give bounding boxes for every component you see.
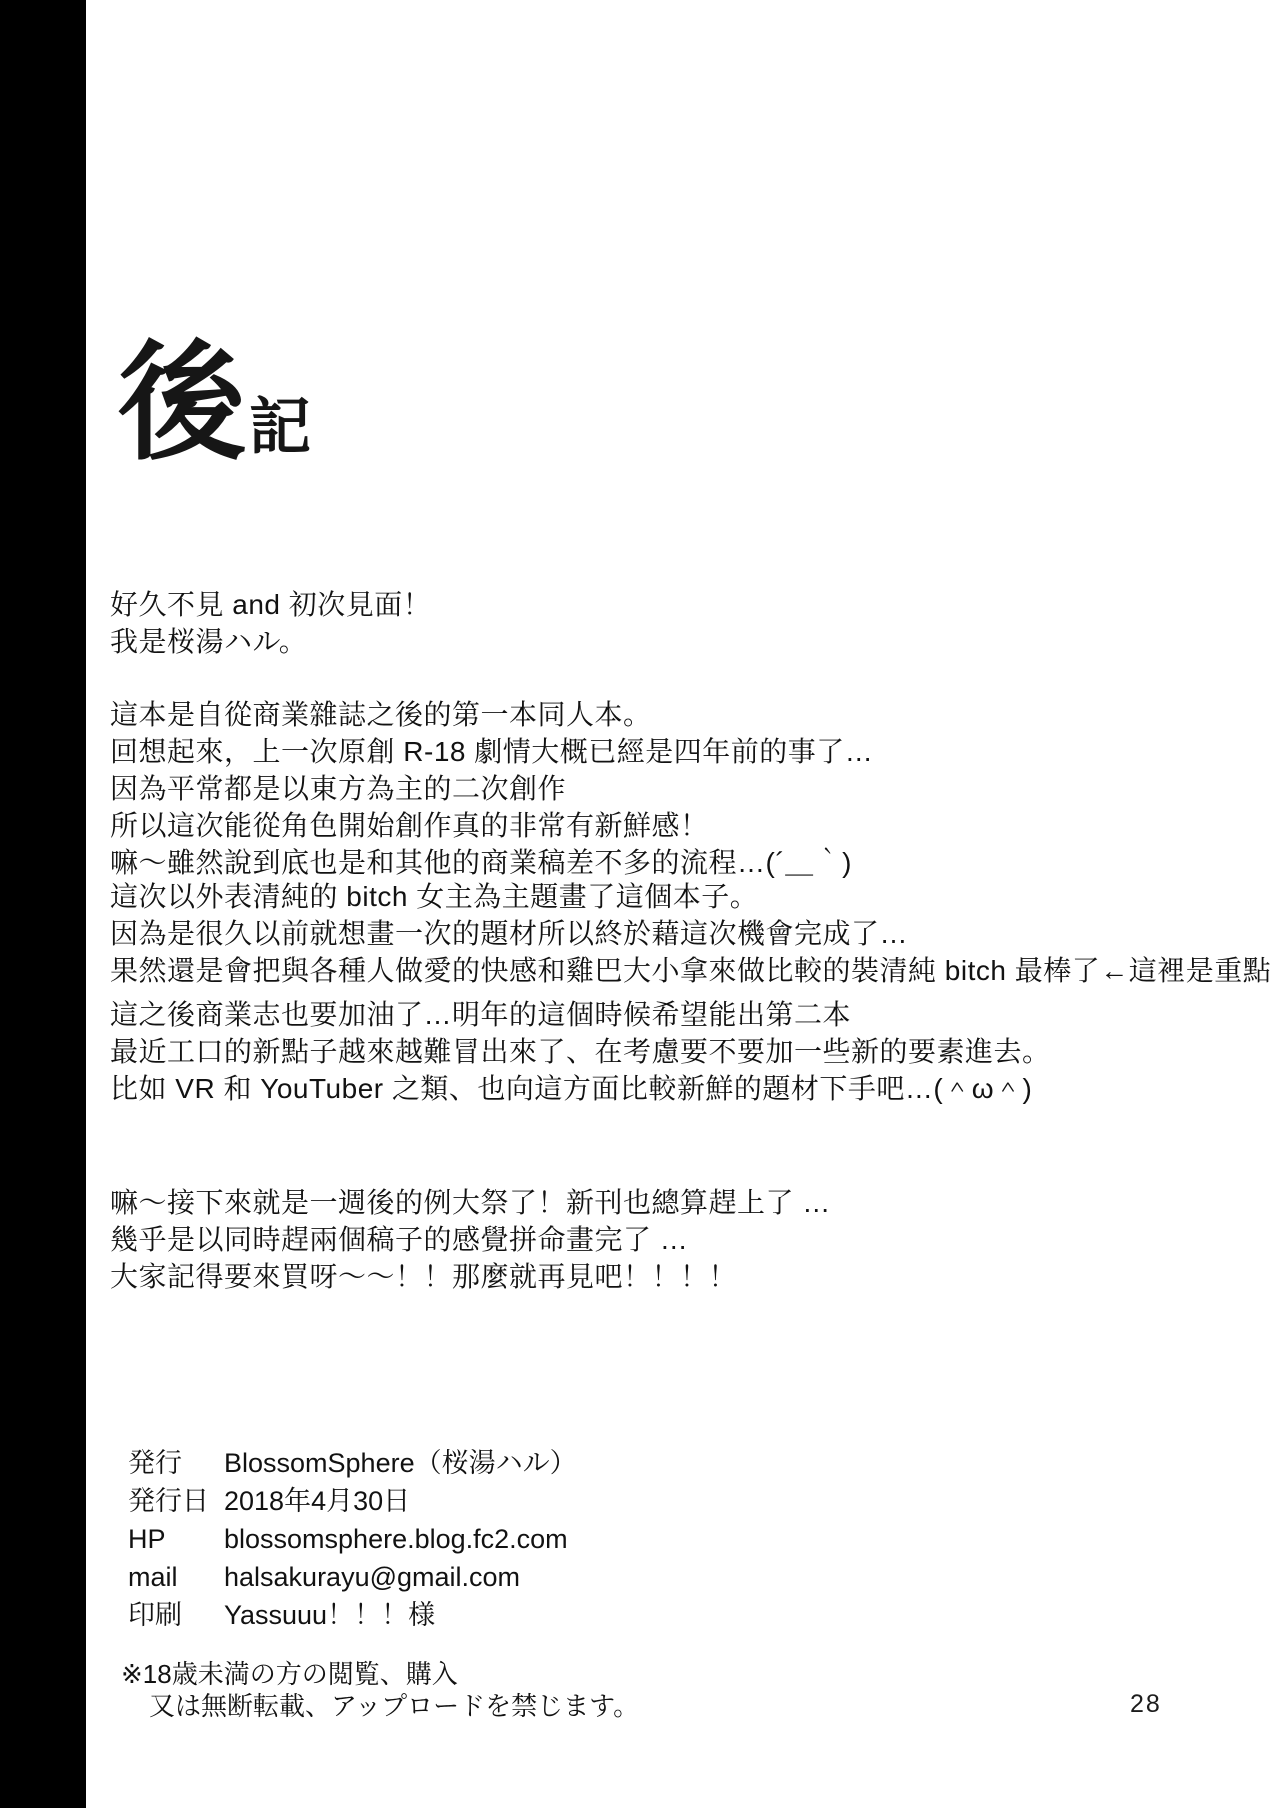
publication-label: HP (128, 1520, 224, 1558)
text-line: 幾乎是以同時趕兩個稿子的感覺拼命畫完了 … (110, 1221, 831, 1258)
title-main-kanji: 後 (118, 340, 246, 468)
text-line: 果然還是會把與各種人做愛的快感和雞巴大小拿來做比較的裝清純 bitch 最棒了←… (110, 952, 1271, 989)
text-line: 嘛～接下來就是一週後的例大祭了！新刊也總算趕上了 … (110, 1184, 831, 1221)
text-line: 比如 VR 和 YouTuber 之類、也向這方面比較新鮮的題材下手吧…(＾ω＾… (110, 1070, 1051, 1107)
left-binding-bar (0, 0, 86, 1808)
publication-row-homepage: HP blossomsphere.blog.fc2.com (128, 1520, 577, 1558)
publication-info: 発行 BlossomSphere（桜湯ハル） 発行日 2018年4月30日 HP… (128, 1444, 577, 1634)
paragraph-closing: 嘛～接下來就是一週後的例大祭了！新刊也總算趕上了 … 幾乎是以同時趕兩個稿子的感… (110, 1184, 831, 1295)
text-line: 好久不見 and 初次見面！ (110, 586, 431, 623)
text-line: 因為是很久以前就想畫一次的題材所以終於藉這次機會完成了… (110, 915, 1271, 952)
publication-mail-address: halsakurayu@gmail.com (224, 1558, 520, 1596)
page-title: 後 記 (118, 340, 311, 468)
paragraph-future-plans: 這之後商業志也要加油了…明年的這個時候希望能出第二本 最近工口的新點子越來越難冒… (110, 996, 1051, 1107)
afterword-page: 後 記 好久不見 and 初次見面！ 我是桜湯ハル。 這本是自從商業雜誌之後的第… (0, 0, 1280, 1808)
paragraph-greeting: 好久不見 and 初次見面！ 我是桜湯ハル。 (110, 586, 431, 660)
text-line: 這之後商業志也要加油了…明年的這個時候希望能出第二本 (110, 996, 1051, 1033)
publication-label: 発行 (128, 1444, 224, 1482)
publication-row-date: 発行日 2018年4月30日 (128, 1482, 577, 1520)
page-number: 28 (1130, 1690, 1162, 1719)
text-line: 回想起來，上一次原創 R-18 劇情大概已經是四年前的事了… (110, 733, 873, 770)
publication-label: 発行日 (128, 1482, 224, 1520)
text-line: 所以這次能從角色開始創作真的非常有新鮮感！ (110, 807, 873, 844)
publication-value: BlossomSphere（桜湯ハル） (224, 1444, 577, 1482)
paragraph-theme: 這次以外表清純的 bitch 女主為主題畫了這個本子。 因為是很久以前就想畫一次… (110, 878, 1271, 989)
age-restriction-notice: ※18歳未満の方の閲覧、購入 又は無断転載、アップロードを禁じます。 (121, 1658, 639, 1722)
text-line: 又は無断転載、アップロードを禁じます。 (121, 1690, 639, 1722)
publication-homepage-url: blossomsphere.blog.fc2.com (224, 1520, 568, 1558)
text-line: 最近工口的新點子越來越難冒出來了、在考慮要不要加一些新的要素進去。 (110, 1033, 1051, 1070)
publication-row-printer: 印刷 Yassuuu！！！様 (128, 1596, 577, 1634)
publication-label: mail (128, 1558, 224, 1596)
title-sub-kanji: 記 (249, 397, 311, 459)
publication-value: 2018年4月30日 (224, 1482, 410, 1520)
text-line: ※18歳未満の方の閲覧、購入 (121, 1658, 639, 1690)
text-line: 這本是自從商業雜誌之後的第一本同人本。 (110, 696, 873, 733)
paragraph-first-doujin: 這本是自從商業雜誌之後的第一本同人本。 回想起來，上一次原創 R-18 劇情大概… (110, 696, 873, 881)
publication-label: 印刷 (128, 1596, 224, 1634)
text-line: 大家記得要來買呀～～！！那麼就再見吧！！！！ (110, 1258, 831, 1295)
publication-value: Yassuuu！！！様 (224, 1596, 435, 1634)
text-line: 因為平常都是以東方為主的二次創作 (110, 770, 873, 807)
publication-row-mail: mail halsakurayu@gmail.com (128, 1558, 577, 1596)
text-line: 我是桜湯ハル。 (110, 623, 431, 660)
text-line: 這次以外表清純的 bitch 女主為主題畫了這個本子。 (110, 878, 1271, 915)
text-line: 嘛～雖然說到底也是和其他的商業稿差不多的流程…(´＿｀) (110, 844, 873, 881)
publication-row-publisher: 発行 BlossomSphere（桜湯ハル） (128, 1444, 577, 1482)
